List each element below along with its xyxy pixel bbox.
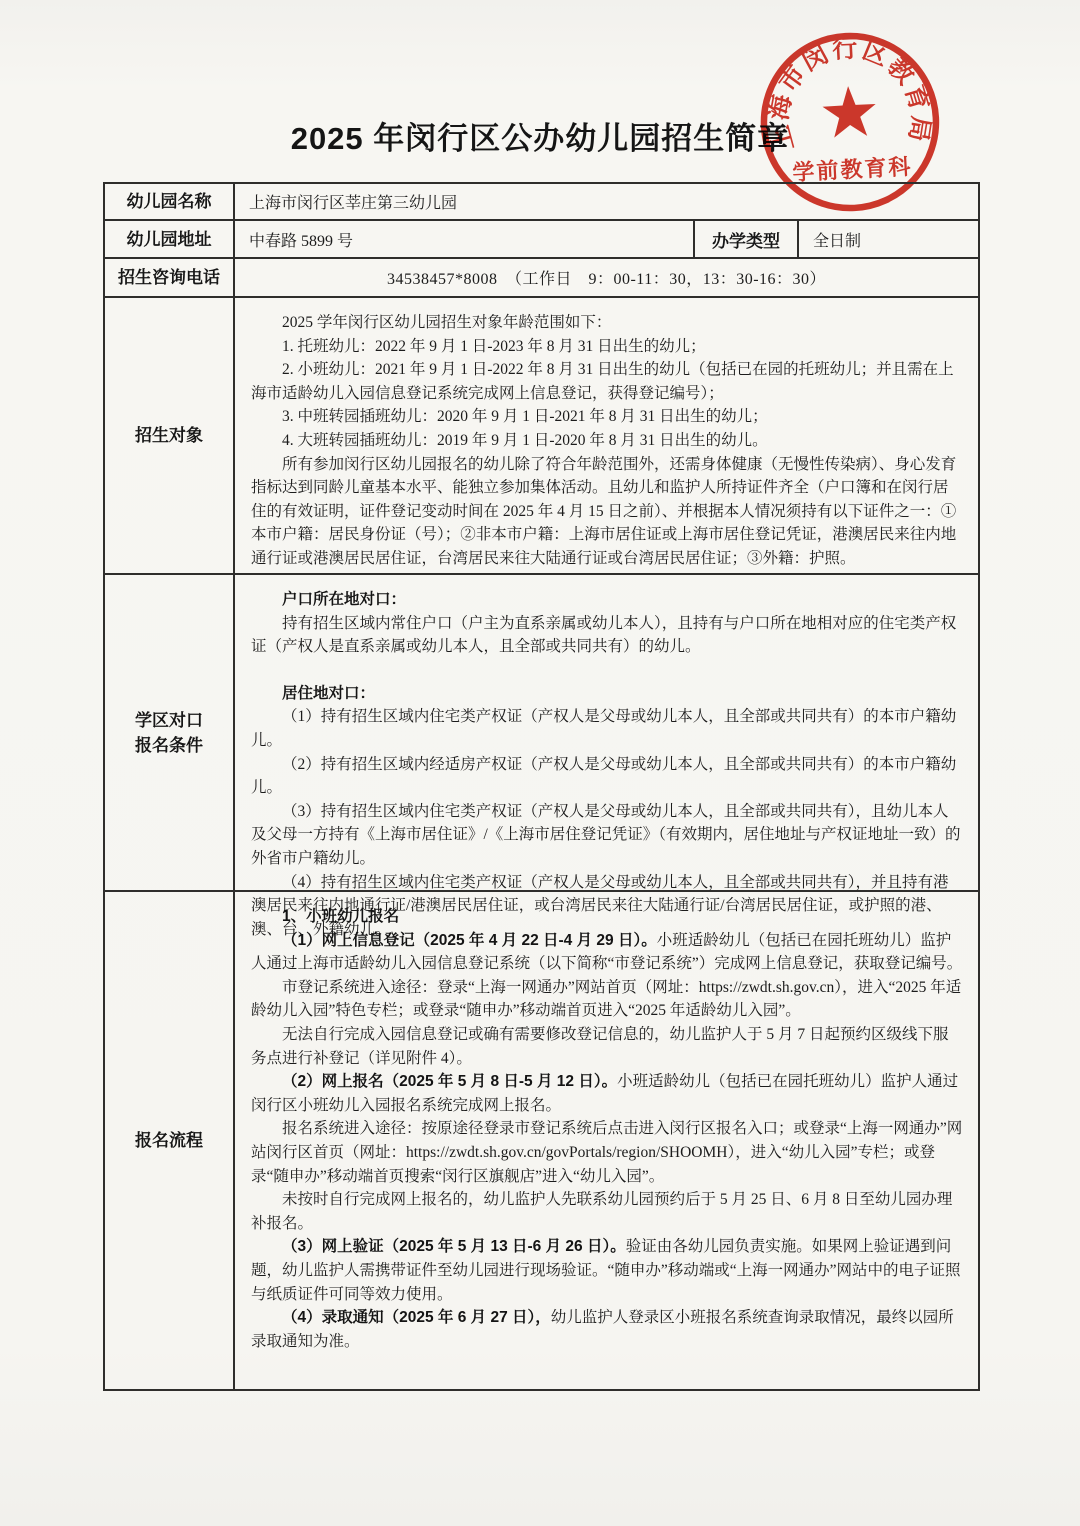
paragraph-lead: 1、小班幼儿报名 — [282, 908, 399, 925]
table-row-target: 招生对象 2025 学年闵行区幼儿园招生对象年龄范围如下： 1. 托班幼儿：20… — [105, 298, 978, 575]
paragraph-text: 3. 中班转园插班幼儿：2020 年 9 月 1 日-2021 年 8 月 31… — [282, 408, 768, 425]
paragraph: 2. 小班幼儿：2021 年 9 月 1 日-2022 年 8 月 31 日出生… — [251, 358, 963, 405]
district-label: 学区对口 报名条件 — [105, 575, 235, 890]
paragraph-text: 报名系统进入途径：按原途径登录市登记系统后点击进入闵行区报名入口；或登录“上海一… — [251, 1120, 962, 1184]
address-value: 中春路 5899 号 — [235, 221, 695, 257]
paragraph: 未按时自行完成网上报名的，幼儿监护人先联系幼儿园预约后于 5 月 25 日、6 … — [251, 1188, 963, 1235]
phone-value: 34538457*8008 （工作日 9：00-11：30，13：30-16：3… — [235, 259, 978, 296]
process-label: 报名流程 — [105, 892, 235, 1389]
target-content: 2025 学年闵行区幼儿园招生对象年龄范围如下： 1. 托班幼儿：2022 年 … — [235, 298, 978, 573]
name-value: 上海市闵行区莘庄第三幼儿园 — [235, 184, 978, 219]
paragraph: 1. 托班幼儿：2022 年 9 月 1 日-2023 年 8 月 31 日出生… — [251, 335, 963, 359]
table-row-district: 学区对口 报名条件 户口所在地对口： 持有招生区域内常住户口（户主为直系亲属或幼… — [105, 575, 978, 892]
type-label: 办学类型 — [695, 221, 799, 257]
paragraph-text: 2025 学年闵行区幼儿园招生对象年龄范围如下： — [282, 314, 611, 331]
paragraph-lead: （1）网上信息登记（2025 年 4 月 22 日-4 月 29 日）。 — [282, 932, 657, 949]
enrollment-info-table: 幼儿园名称 上海市闵行区莘庄第三幼儿园 幼儿园地址 中春路 5899 号 办学类… — [103, 182, 980, 1391]
paragraph-text: 无法自行完成入园信息登记或确有需要修改登记信息的，幼儿监护人于 5 月 7 日起… — [251, 1026, 949, 1067]
paragraph-lead: （4）录取通知（2025 年 6 月 27 日）， — [282, 1309, 551, 1326]
paragraph-lead: 居住地对口： — [282, 685, 375, 702]
seal-dept-text: 学前教育科 — [792, 154, 913, 185]
table-row-process: 报名流程 1、小班幼儿报名 （1）网上信息登记（2025 年 4 月 22 日-… — [105, 892, 978, 1389]
target-label: 招生对象 — [105, 298, 235, 573]
paragraph-lead: （3）网上验证（2025 年 5 月 13 日-6 月 26 日）。 — [282, 1238, 626, 1255]
process-content: 1、小班幼儿报名 （1）网上信息登记（2025 年 4 月 22 日-4 月 2… — [235, 892, 978, 1389]
paragraph: 无法自行完成入园信息登记或确有需要修改登记信息的，幼儿监护人于 5 月 7 日起… — [251, 1023, 963, 1070]
paragraph: 报名系统进入途径：按原途径登录市登记系统后点击进入闵行区报名入口；或登录“上海一… — [251, 1117, 963, 1188]
paragraph: 1、小班幼儿报名 — [251, 905, 963, 929]
paragraph-text: （3）持有招生区域内住宅类产权证（产权人是父母或幼儿本人，且全部或共同共有），且… — [251, 803, 961, 867]
paragraph: 居住地对口： — [251, 682, 963, 706]
paragraph: （1）网上信息登记（2025 年 4 月 22 日-4 月 29 日）。小班适龄… — [251, 929, 963, 976]
type-value: 全日制 — [799, 221, 978, 257]
paragraph-text: （2）持有招生区域内经适房产权证（产权人是父母或幼儿本人，且全部或共同共有）的本… — [251, 756, 956, 797]
table-row-address: 幼儿园地址 中春路 5899 号 办学类型 全日制 — [105, 221, 978, 259]
paragraph: （2）持有招生区域内经适房产权证（产权人是父母或幼儿本人，且全部或共同共有）的本… — [251, 753, 963, 800]
paragraph: （4）录取通知（2025 年 6 月 27 日），幼儿监护人登录区小班报名系统查… — [251, 1306, 963, 1353]
paragraph: （2）网上报名（2025 年 5 月 8 日-5 月 12 日）。小班适龄幼儿（… — [251, 1070, 963, 1117]
paragraph-text: 4. 大班转园插班幼儿：2019 年 9 月 1 日-2020 年 8 月 31… — [282, 432, 768, 449]
paragraph: 4. 大班转园插班幼儿：2019 年 9 月 1 日-2020 年 8 月 31… — [251, 429, 963, 453]
district-content: 户口所在地对口： 持有招生区域内常住户口（户主为直系亲属或幼儿本人），且持有与户… — [235, 575, 978, 890]
paragraph-lead: （2）网上报名（2025 年 5 月 8 日-5 月 12 日）。 — [282, 1073, 617, 1090]
paragraph: （3）持有招生区域内住宅类产权证（产权人是父母或幼儿本人，且全部或共同共有），且… — [251, 800, 963, 871]
table-row-name: 幼儿园名称 上海市闵行区莘庄第三幼儿园 — [105, 184, 978, 221]
name-label: 幼儿园名称 — [105, 184, 235, 219]
paragraph-text: （1）持有招生区域内住宅类产权证（产权人是父母或幼儿本人，且全部或共同共有）的本… — [251, 708, 956, 749]
paragraph: （3）网上验证（2025 年 5 月 13 日-6 月 26 日）。验证由各幼儿… — [251, 1235, 963, 1306]
address-label: 幼儿园地址 — [105, 221, 235, 257]
phone-label: 招生咨询电话 — [105, 259, 235, 296]
paragraph: （1）持有招生区域内住宅类产权证（产权人是父母或幼儿本人，且全部或共同共有）的本… — [251, 705, 963, 752]
paragraph: 持有招生区域内常住户口（户主为直系亲属或幼儿本人），且持有与户口所在地相对应的住… — [251, 612, 963, 659]
paragraph-text: 市登记系统进入途径：登录“上海一网通办”网站首页（网址：https://zwdt… — [251, 979, 961, 1020]
paragraph-text: 2. 小班幼儿：2021 年 9 月 1 日-2022 年 8 月 31 日出生… — [251, 361, 954, 402]
paragraph: 3. 中班转园插班幼儿：2020 年 9 月 1 日-2021 年 8 月 31… — [251, 405, 963, 429]
document-sheet: 2025 年闵行区公办幼儿园招生简章 上海市闵行区教育局 学前教育科 幼儿园名称… — [0, 0, 1080, 1526]
paragraph-text: 1. 托班幼儿：2022 年 9 月 1 日-2023 年 8 月 31 日出生… — [282, 338, 706, 355]
paragraph-text: 持有招生区域内常住户口（户主为直系亲属或幼儿本人），且持有与户口所在地相对应的住… — [251, 615, 956, 656]
paragraph-text: 未按时自行完成网上报名的，幼儿监护人先联系幼儿园预约后于 5 月 25 日、6 … — [251, 1191, 952, 1232]
paragraph-lead: 户口所在地对口： — [282, 591, 406, 608]
paragraph-text: 所有参加闵行区幼儿园报名的幼儿除了符合年龄范围外，还需身体健康（无慢性传染病）、… — [251, 456, 956, 567]
table-row-phone: 招生咨询电话 34538457*8008 （工作日 9：00-11：30，13：… — [105, 259, 978, 298]
red-star-icon — [822, 85, 878, 138]
paragraph: 市登记系统进入途径：登录“上海一网通办”网站首页（网址：https://zwdt… — [251, 976, 963, 1023]
paragraph: 户口所在地对口： — [251, 588, 963, 612]
paragraph: 所有参加闵行区幼儿园报名的幼儿除了符合年龄范围外，还需身体健康（无慢性传染病）、… — [251, 453, 963, 571]
paragraph: 2025 学年闵行区幼儿园招生对象年龄范围如下： — [251, 311, 963, 335]
